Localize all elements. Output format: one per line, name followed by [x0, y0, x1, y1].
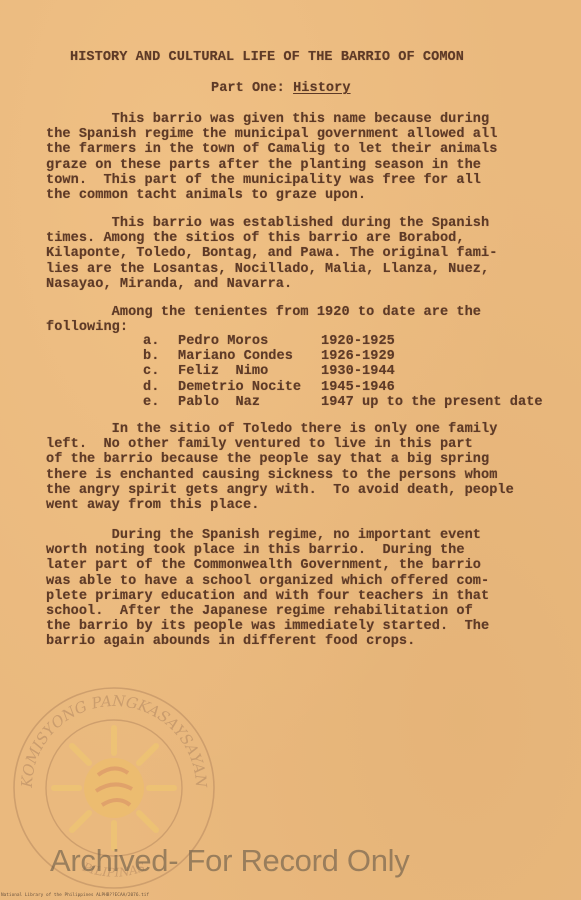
text-line: Among the tenientes from 1920 to date ar…: [46, 305, 481, 320]
paragraph-toledo: In the sitio of Toledo there is only one…: [46, 422, 514, 513]
text-line: the angry spirit gets angry with. To avo…: [46, 483, 514, 498]
text-line: During the Spanish regime, no important …: [46, 528, 489, 543]
teniente-years: 1926-1929: [321, 349, 395, 364]
text-line: Nasayao, Miranda, and Navarra.: [46, 277, 497, 292]
teniente-name: Mariano Condes: [178, 349, 321, 364]
text-line: worth noting took place in this barrio. …: [46, 543, 489, 558]
text-line: left. No other family ventured to live i…: [46, 437, 514, 452]
tenientes-list: a.Pedro Moros1920-1925b.Mariano Condes19…: [143, 334, 543, 410]
section-prefix: Part One:: [211, 81, 285, 96]
teniente-row: e.Pablo Naz1947 up to the present date: [143, 395, 543, 410]
text-line: graze on these parts after the planting …: [46, 158, 497, 173]
document-title: HISTORY AND CULTURAL LIFE OF THE BARRIO …: [70, 50, 464, 65]
paragraph-events: During the Spanish regime, no important …: [46, 528, 489, 650]
teniente-years: 1920-1925: [321, 334, 395, 349]
teniente-name: Feliz Nimo: [178, 364, 321, 379]
text-line: later part of the Commonwealth Governmen…: [46, 558, 489, 573]
teniente-row: b.Mariano Condes1926-1929: [143, 349, 543, 364]
teniente-letter: b.: [143, 349, 178, 364]
text-line: This barrio was given this name because …: [46, 112, 497, 127]
teniente-years: 1947 up to the present date: [321, 395, 543, 410]
section-title: History: [293, 81, 350, 96]
text-line: of the barrio because the people say tha…: [46, 452, 514, 467]
teniente-row: c.Feliz Nimo1930-1944: [143, 364, 543, 379]
text-line: Kilaponte, Toledo, Bontag, and Pawa. The…: [46, 246, 497, 261]
text-line: school. After the Japanese regime rehabi…: [46, 604, 489, 619]
teniente-row: d.Demetrio Nocite1945-1946: [143, 380, 543, 395]
section-heading: Part One: History: [211, 81, 351, 96]
teniente-years: 1930-1944: [321, 364, 395, 379]
teniente-letter: d.: [143, 380, 178, 395]
footer-caption: National Library of the Philippines ALPH…: [1, 893, 149, 898]
document-page: HISTORY AND CULTURAL LIFE OF THE BARRIO …: [0, 0, 581, 900]
teniente-letter: e.: [143, 395, 178, 410]
text-line: This barrio was established during the S…: [46, 216, 497, 231]
text-line: there is enchanted causing sickness to t…: [46, 468, 514, 483]
paragraph-tenientes-intro: Among the tenientes from 1920 to date ar…: [46, 305, 481, 335]
text-line: lies are the Losantas, Nocillado, Malia,…: [46, 262, 497, 277]
text-line: the farmers in the town of Camalig to le…: [46, 142, 497, 157]
teniente-row: a.Pedro Moros1920-1925: [143, 334, 543, 349]
archive-watermark: Archived- For Record Only: [50, 843, 409, 879]
teniente-name: Demetrio Nocite: [178, 380, 321, 395]
paragraph-establishment: This barrio was established during the S…: [46, 216, 497, 292]
teniente-name: Pedro Moros: [178, 334, 321, 349]
text-line: town. This part of the municipality was …: [46, 173, 497, 188]
text-line: the Spanish regime the municipal governm…: [46, 127, 497, 142]
text-line: the barrio by its people was immediately…: [46, 619, 489, 634]
text-line: went away from this place.: [46, 498, 514, 513]
teniente-letter: c.: [143, 364, 178, 379]
text-line: plete primary education and with four te…: [46, 589, 489, 604]
text-line: barrio again abounds in different food c…: [46, 634, 489, 649]
text-line: was able to have a school organized whic…: [46, 574, 489, 589]
teniente-years: 1945-1946: [321, 380, 395, 395]
text-line: In the sitio of Toledo there is only one…: [46, 422, 514, 437]
text-line: times. Among the sitios of this barrio a…: [46, 231, 497, 246]
paragraph-name-origin: This barrio was given this name because …: [46, 112, 497, 203]
text-line: the common tacht animals to graze upon.: [46, 188, 497, 203]
teniente-letter: a.: [143, 334, 178, 349]
teniente-name: Pablo Naz: [178, 395, 321, 410]
